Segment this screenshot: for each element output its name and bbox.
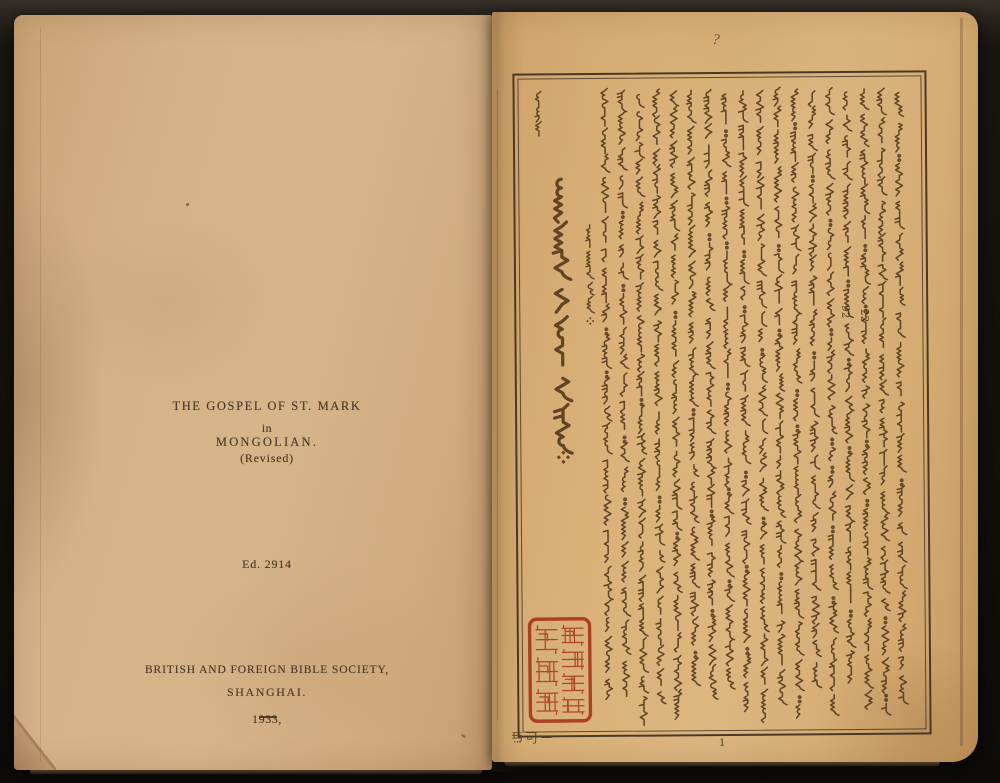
- handwritten-mark: ?: [711, 32, 720, 50]
- seal-glyph: [536, 689, 558, 715]
- right-page: ? 9222 1: [492, 12, 978, 762]
- library-seal: [527, 617, 592, 724]
- gutter-crease: [497, 90, 498, 720]
- fore-edge-page-stack: [960, 18, 963, 746]
- verse-numeral: 92: [839, 305, 851, 318]
- verse-numeral: 22: [858, 309, 870, 322]
- seal-glyph: [562, 697, 584, 715]
- book-title: THE GOSPEL OF ST. MARK: [42, 399, 492, 414]
- page-number: 1: [692, 735, 752, 750]
- publisher-city: SHANGHAI.: [42, 685, 492, 700]
- title-connector: in: [42, 421, 492, 436]
- seal-glyph: [536, 625, 558, 654]
- left-page: THE GOSPEL OF ST. MARK in MONGOLIAN. (Re…: [14, 15, 492, 770]
- section-mark: [586, 317, 594, 325]
- seal-glyph: [562, 649, 584, 670]
- page-crease: [40, 27, 41, 762]
- book-language: MONGOLIAN.: [42, 435, 492, 450]
- chapter-marker-chinese: [510, 730, 556, 744]
- photo-backdrop: THE GOSPEL OF ST. MARK in MONGOLIAN. (Re…: [0, 0, 1000, 783]
- publication-year: 1933,: [42, 712, 492, 727]
- edition-number: Ed. 2914: [42, 557, 492, 572]
- revision-note: (Revised): [42, 451, 492, 466]
- seal-glyph: [562, 673, 584, 694]
- seal-glyph: [562, 625, 584, 646]
- seal-glyph: [536, 657, 558, 686]
- publisher: BRITISH AND FOREIGN BIBLE SOCIETY,: [42, 664, 492, 676]
- paper-speck: [461, 734, 466, 739]
- paper-speck: [186, 203, 189, 206]
